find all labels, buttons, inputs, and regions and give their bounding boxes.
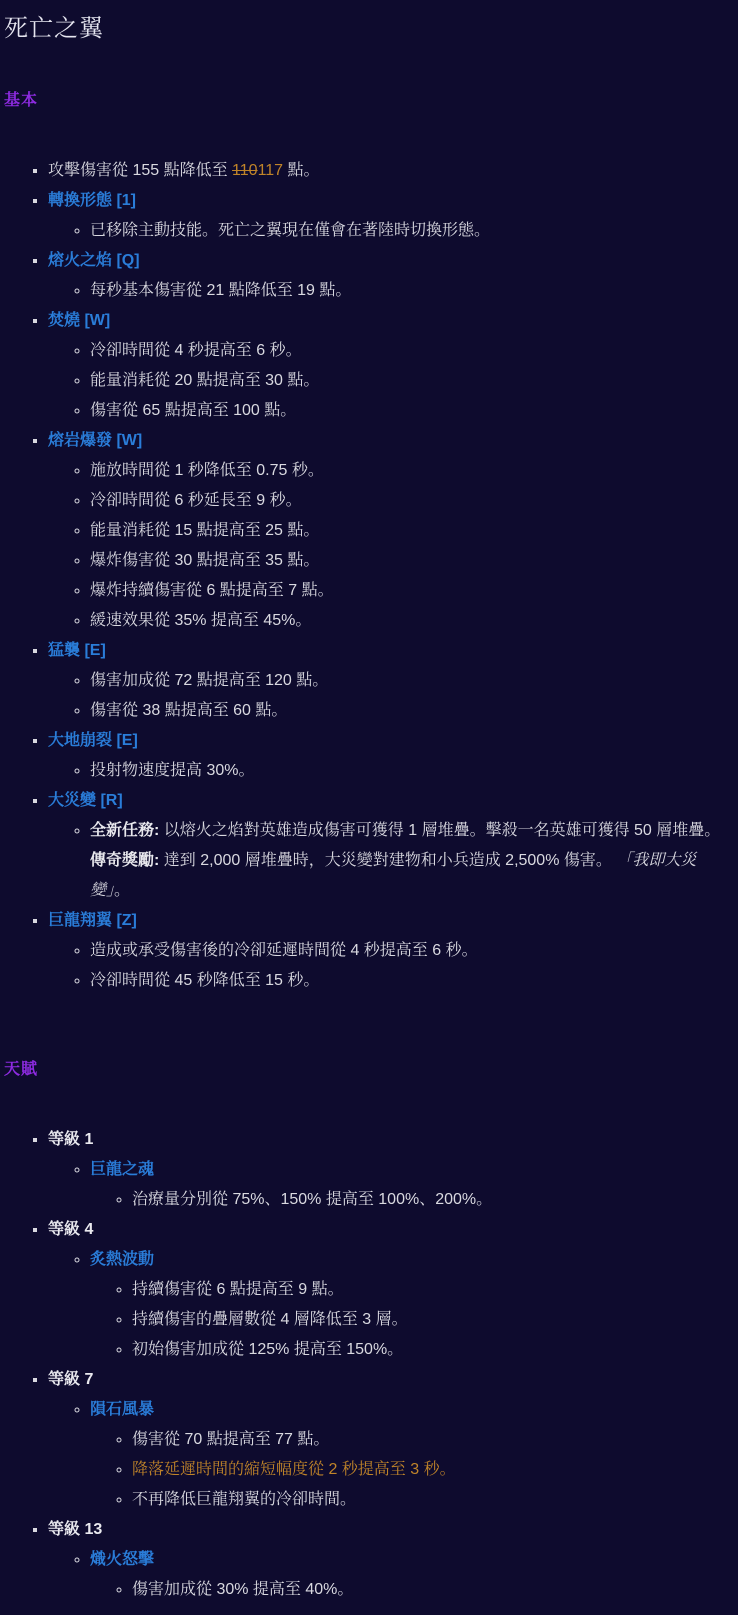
- ability-link[interactable]: 大災變 [R]: [48, 792, 123, 809]
- old-value-strikethrough: 110: [232, 162, 258, 179]
- change-entry: 傷害從 38 點提高至 60 點。: [90, 696, 724, 726]
- ability-link[interactable]: 轉換形態 [1]: [48, 192, 136, 209]
- change-entry: 能量消耗從 15 點提高至 25 點。: [90, 516, 724, 546]
- changed-value: 117: [258, 162, 284, 179]
- ability-item: 大地崩裂 [E]投射物速度提高 30%。: [48, 726, 724, 786]
- ability-item: 巨龍翔翼 [Z]造成或承受傷害後的冷卻延遲時間從 4 秒提高至 6 秒。冷卻時間…: [48, 906, 724, 996]
- change-entry: 爆炸持續傷害從 6 點提高至 7 點。: [90, 576, 724, 606]
- change-entry: 治療量分別從 75%、150% 提高至 100%、200%。: [132, 1185, 724, 1215]
- changes-list-level-2: 持續傷害從 6 點提高至 9 點。持續傷害的疊層數從 4 層降低至 3 層。初始…: [90, 1275, 724, 1365]
- change-entry: 冷卻時間從 4 秒提高至 6 秒。: [90, 336, 724, 366]
- bold-label: 傳奇獎勵:: [90, 852, 159, 869]
- changes-list-level-0: 攻擊傷害從 155 點降低至 110117 點。轉換形態 [1]已移除主動技能。…: [4, 156, 724, 996]
- change-entry: 造成或承受傷害後的冷卻延遲時間從 4 秒提高至 6 秒。: [90, 936, 724, 966]
- talent-tier-item: 等級 13熾火怒擊傷害加成從 30% 提高至 40%。: [48, 1515, 724, 1605]
- change-entry: 傷害從 70 點提高至 77 點。: [132, 1425, 724, 1455]
- hero-name-title: 死亡之翼: [4, 8, 724, 43]
- talent-tier-item: 等級 1巨龍之魂治療量分別從 75%、150% 提高至 100%、200%。: [48, 1125, 724, 1215]
- talent-tier-label: 等級 4: [48, 1221, 93, 1238]
- quote-italic: 「我即大災變」: [90, 852, 696, 899]
- changes-list-level-1: 造成或承受傷害後的冷卻延遲時間從 4 秒提高至 6 秒。冷卻時間從 45 秒降低…: [48, 936, 724, 996]
- changes-list-level-2: 治療量分別從 75%、150% 提高至 100%、200%。: [90, 1185, 724, 1215]
- ability-link[interactable]: 隕石風暴: [90, 1401, 154, 1418]
- talent-changes-list-container: 等級 1巨龍之魂治療量分別從 75%、150% 提高至 100%、200%。等級…: [4, 1125, 724, 1605]
- ability-link[interactable]: 大地崩裂 [E]: [48, 732, 138, 749]
- changed-value: 降落延遲時間的縮短幅度從 2 秒提高至 3 秒。: [132, 1461, 456, 1478]
- change-entry: 攻擊傷害從 155 點降低至 110117 點。: [48, 156, 724, 186]
- section-talents: 天賦 等級 1巨龍之魂治療量分別從 75%、150% 提高至 100%、200%…: [4, 1056, 724, 1605]
- changes-list-level-1: 施放時間從 1 秒降低至 0.75 秒。冷卻時間從 6 秒延長至 9 秒。能量消…: [48, 456, 724, 636]
- change-entry: 傷害從 65 點提高至 100 點。: [90, 396, 724, 426]
- change-entry: 不再降低巨龍翔翼的冷卻時間。: [132, 1485, 724, 1515]
- ability-item: 巨龍之魂治療量分別從 75%、150% 提高至 100%、200%。: [90, 1155, 724, 1215]
- patch-notes-page: { "page": { "title": "死亡之翼" }, "colors":…: [0, 0, 738, 1615]
- section-heading-basic: 基本: [4, 87, 724, 110]
- changes-list-level-1: 全新任務: 以熔火之焰對英雄造成傷害可獲得 1 層堆疊。擊殺一名英雄可獲得 50…: [48, 816, 724, 906]
- ability-item: 焚燒 [W]冷卻時間從 4 秒提高至 6 秒。能量消耗從 20 點提高至 30 …: [48, 306, 724, 426]
- changes-list-level-1: 冷卻時間從 4 秒提高至 6 秒。能量消耗從 20 點提高至 30 點。傷害從 …: [48, 336, 724, 426]
- change-entry: 持續傷害從 6 點提高至 9 點。: [132, 1275, 724, 1305]
- talent-tier-item: 等級 7隕石風暴傷害從 70 點提高至 77 點。降落延遲時間的縮短幅度從 2 …: [48, 1365, 724, 1515]
- talent-tier-label: 等級 7: [48, 1371, 93, 1388]
- ability-link[interactable]: 猛襲 [E]: [48, 642, 106, 659]
- change-entry: 爆炸傷害從 30 點提高至 35 點。: [90, 546, 724, 576]
- change-entry: 降落延遲時間的縮短幅度從 2 秒提高至 3 秒。: [132, 1455, 724, 1485]
- changes-list-level-1: 投射物速度提高 30%。: [48, 756, 724, 786]
- talent-tier-label: 等級 13: [48, 1521, 102, 1538]
- talent-tier-label: 等級 1: [48, 1131, 93, 1148]
- section-heading-talents: 天賦: [4, 1056, 724, 1079]
- ability-link[interactable]: 熾火怒擊: [90, 1551, 154, 1568]
- ability-link[interactable]: 巨龍之魂: [90, 1161, 154, 1178]
- ability-item: 炙熱波動持續傷害從 6 點提高至 9 點。持續傷害的疊層數從 4 層降低至 3 …: [90, 1245, 724, 1365]
- ability-item: 隕石風暴傷害從 70 點提高至 77 點。降落延遲時間的縮短幅度從 2 秒提高至…: [90, 1395, 724, 1515]
- change-entry: 施放時間從 1 秒降低至 0.75 秒。: [90, 456, 724, 486]
- section-basic: 基本 攻擊傷害從 155 點降低至 110117 點。轉換形態 [1]已移除主動…: [4, 87, 724, 996]
- ability-item: 熾火怒擊傷害加成從 30% 提高至 40%。: [90, 1545, 724, 1605]
- change-entry: 已移除主動技能。死亡之翼現在僅會在著陸時切換形態。: [90, 216, 724, 246]
- changes-list-level-1: 每秒基本傷害從 21 點降低至 19 點。: [48, 276, 724, 306]
- change-entry: 每秒基本傷害從 21 點降低至 19 點。: [90, 276, 724, 306]
- changes-list-level-1: 傷害加成從 72 點提高至 120 點。傷害從 38 點提高至 60 點。: [48, 666, 724, 726]
- ability-link[interactable]: 熔火之焰 [Q]: [48, 252, 140, 269]
- change-entry: 冷卻時間從 6 秒延長至 9 秒。: [90, 486, 724, 516]
- basic-changes-list-container: 攻擊傷害從 155 點降低至 110117 點。轉換形態 [1]已移除主動技能。…: [4, 156, 724, 996]
- ability-item: 大災變 [R]全新任務: 以熔火之焰對英雄造成傷害可獲得 1 層堆疊。擊殺一名英…: [48, 786, 724, 906]
- change-entry: 傷害加成從 72 點提高至 120 點。: [90, 666, 724, 696]
- changes-list-level-1: 炙熱波動持續傷害從 6 點提高至 9 點。持續傷害的疊層數從 4 層降低至 3 …: [48, 1245, 724, 1365]
- ability-item: 猛襲 [E]傷害加成從 72 點提高至 120 點。傷害從 38 點提高至 60…: [48, 636, 724, 726]
- ability-link[interactable]: 焚燒 [W]: [48, 312, 110, 329]
- ability-link[interactable]: 熔岩爆發 [W]: [48, 432, 142, 449]
- changes-list-level-2: 傷害從 70 點提高至 77 點。降落延遲時間的縮短幅度從 2 秒提高至 3 秒…: [90, 1425, 724, 1515]
- patch-notes-article: 死亡之翼 基本 攻擊傷害從 155 點降低至 110117 點。轉換形態 [1]…: [4, 8, 724, 1605]
- change-entry: 傷害加成從 30% 提高至 40%。: [132, 1575, 724, 1605]
- changes-list-level-1: 已移除主動技能。死亡之翼現在僅會在著陸時切換形態。: [48, 216, 724, 246]
- talent-tier-item: 等級 4炙熱波動持續傷害從 6 點提高至 9 點。持續傷害的疊層數從 4 層降低…: [48, 1215, 724, 1365]
- change-entry: 能量消耗從 20 點提高至 30 點。: [90, 366, 724, 396]
- ability-link[interactable]: 巨龍翔翼 [Z]: [48, 912, 137, 929]
- ability-item: 熔岩爆發 [W]施放時間從 1 秒降低至 0.75 秒。冷卻時間從 6 秒延長至…: [48, 426, 724, 636]
- changes-list-level-0: 等級 1巨龍之魂治療量分別從 75%、150% 提高至 100%、200%。等級…: [4, 1125, 724, 1605]
- ability-link[interactable]: 炙熱波動: [90, 1251, 154, 1268]
- change-entry: 投射物速度提高 30%。: [90, 756, 724, 786]
- change-entry: 全新任務: 以熔火之焰對英雄造成傷害可獲得 1 層堆疊。擊殺一名英雄可獲得 50…: [90, 816, 724, 906]
- change-entry: 冷卻時間從 45 秒降低至 15 秒。: [90, 966, 724, 996]
- change-entry: 初始傷害加成從 125% 提高至 150%。: [132, 1335, 724, 1365]
- ability-item: 轉換形態 [1]已移除主動技能。死亡之翼現在僅會在著陸時切換形態。: [48, 186, 724, 246]
- change-entry: 緩速效果從 35% 提高至 45%。: [90, 606, 724, 636]
- changes-list-level-1: 熾火怒擊傷害加成從 30% 提高至 40%。: [48, 1545, 724, 1605]
- change-entry: 持續傷害的疊層數從 4 層降低至 3 層。: [132, 1305, 724, 1335]
- bold-label: 全新任務:: [90, 822, 159, 839]
- changes-list-level-1: 巨龍之魂治療量分別從 75%、150% 提高至 100%、200%。: [48, 1155, 724, 1215]
- ability-item: 熔火之焰 [Q]每秒基本傷害從 21 點降低至 19 點。: [48, 246, 724, 306]
- changes-list-level-2: 傷害加成從 30% 提高至 40%。: [90, 1575, 724, 1605]
- changes-list-level-1: 隕石風暴傷害從 70 點提高至 77 點。降落延遲時間的縮短幅度從 2 秒提高至…: [48, 1395, 724, 1515]
